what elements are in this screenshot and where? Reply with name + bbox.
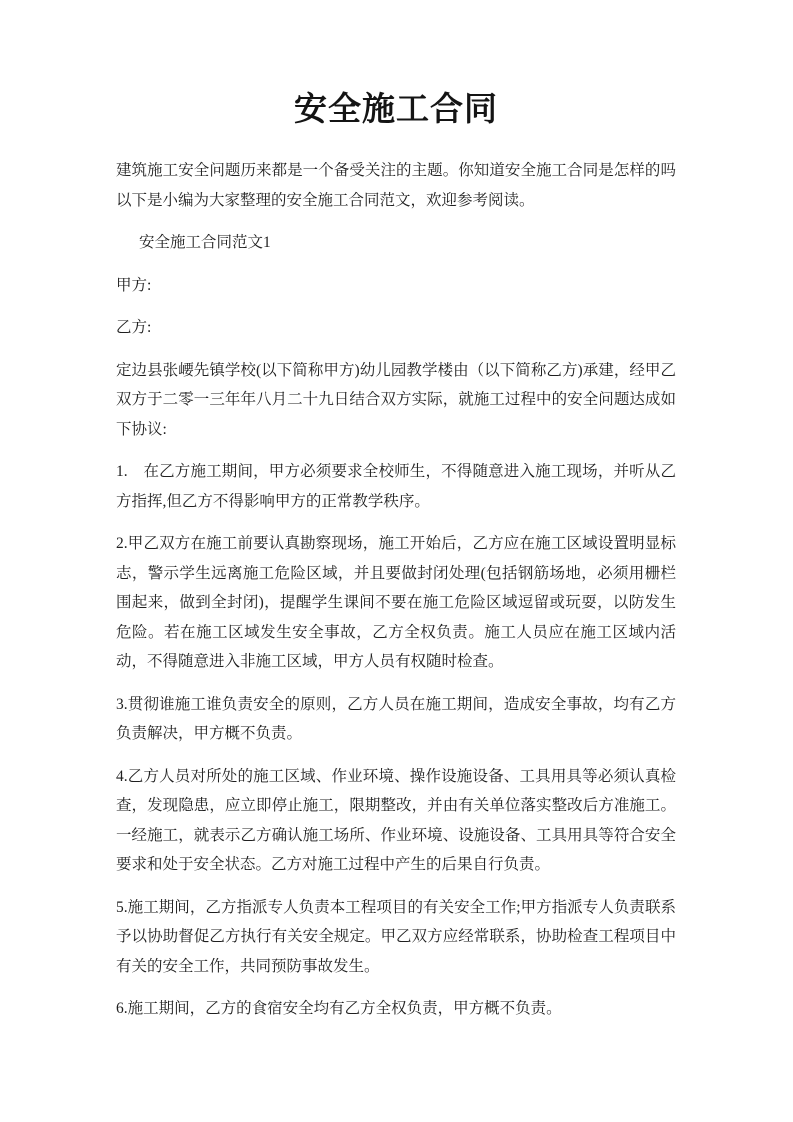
- preamble-paragraph: 定边县张崾先镇学校(以下简称甲方)幼儿园教学楼由（以下简称乙方)承建，经甲乙双方…: [116, 356, 676, 445]
- intro-paragraph: 建筑施工安全问题历来都是一个备受关注的主题。你知道安全施工合同是怎样的吗以下是小…: [116, 156, 676, 215]
- section-label: 安全施工合同范文1: [116, 228, 676, 258]
- document-title: 安全施工合同: [116, 86, 676, 134]
- clause-4: 4.乙方人员对所处的施工区域、作业环境、操作设施设备、工具用具等必须认真检查，发…: [116, 762, 676, 880]
- party-b-line: 乙方:: [116, 313, 676, 343]
- clause-5: 5.施工期间，乙方指派专人负责本工程项目的有关安全工作;甲方指派专人负责联系予以…: [116, 893, 676, 982]
- clause-6: 6.施工期间，乙方的食宿安全均有乙方全权负责，甲方概不负责。: [116, 994, 676, 1024]
- clause-2: 2.甲乙双方在施工前要认真勘察现场，施工开始后，乙方应在施工区域设置明显标志，警…: [116, 529, 676, 677]
- party-a-line: 甲方:: [116, 271, 676, 301]
- document-page: 安全施工合同 建筑施工安全问题历来都是一个备受关注的主题。你知道安全施工合同是怎…: [0, 0, 793, 1122]
- clause-3: 3.贯彻谁施工谁负责安全的原则，乙方人员在施工期间，造成安全事故，均有乙方负责解…: [116, 690, 676, 749]
- clause-1: 1. 在乙方施工期间，甲方必须要求全校师生，不得随意进入施工现场，并听从乙方指挥…: [116, 457, 676, 516]
